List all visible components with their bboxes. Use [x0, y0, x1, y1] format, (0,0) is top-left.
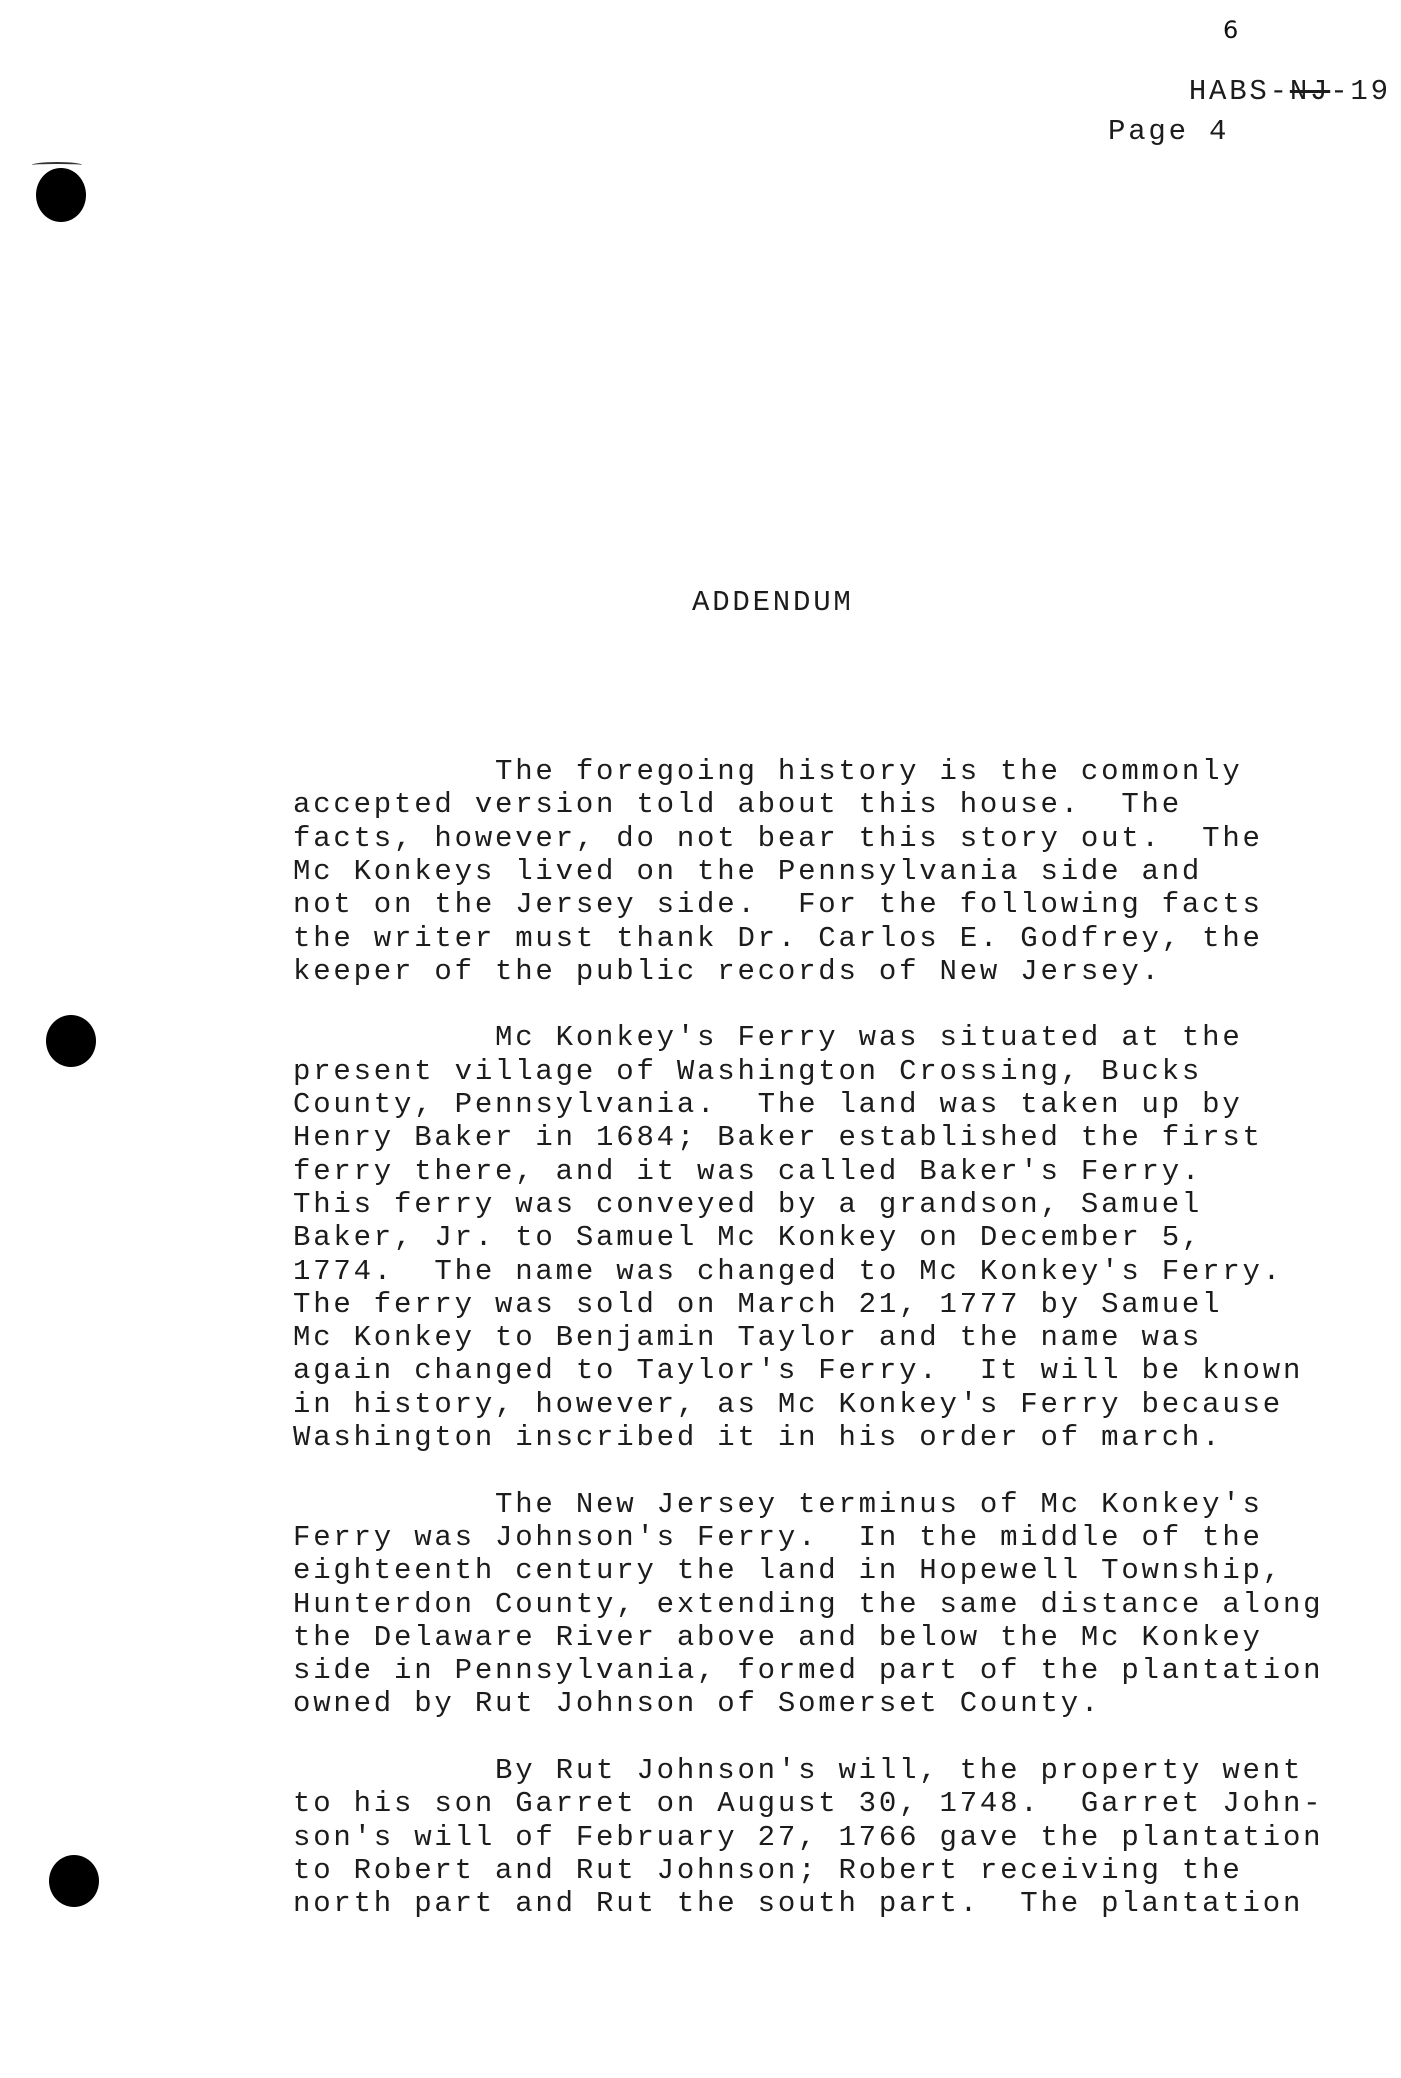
- punch-hole-middle: [46, 1015, 96, 1067]
- text-line: the writer must thank Dr. Carlos E. Godf…: [293, 924, 1263, 953]
- text-line: side in Pennsylvania, formed part of the…: [293, 1656, 1323, 1685]
- survey-suffix: -19: [1330, 75, 1391, 108]
- text-line: Hunterdon County, extending the same dis…: [293, 1590, 1323, 1619]
- text-line: son's will of February 27, 1766 gave the…: [293, 1823, 1323, 1852]
- text-line: Ferry was Johnson's Ferry. In the middle…: [293, 1523, 1263, 1552]
- text-line: to his son Garret on August 30, 1748. Ga…: [293, 1789, 1323, 1818]
- text-line: north part and Rut the south part. The p…: [293, 1889, 1303, 1918]
- text-line: the Delaware River above and below the M…: [293, 1623, 1263, 1652]
- text-line: County, Pennsylvania. The land was taken…: [293, 1090, 1243, 1119]
- text-line: present village of Washington Crossing, …: [293, 1057, 1202, 1086]
- text-line: Mc Konkeys lived on the Pennsylvania sid…: [293, 857, 1202, 886]
- text-line: accepted version told about this house. …: [293, 790, 1182, 819]
- text-line: to Robert and Rut Johnson; Robert receiv…: [293, 1856, 1243, 1885]
- text-line: 1774. The name was changed to Mc Konkey'…: [293, 1257, 1283, 1286]
- document-title: ADDENDUM: [692, 588, 854, 617]
- text-line: Mc Konkey's Ferry was situated at the: [293, 1023, 1243, 1052]
- survey-state-struck: NJ: [1290, 75, 1330, 108]
- text-line: The ferry was sold on March 21, 1777 by …: [293, 1290, 1222, 1319]
- text-line: Henry Baker in 1684; Baker established t…: [293, 1123, 1263, 1152]
- text-line: Mc Konkey to Benjamin Taylor and the nam…: [293, 1323, 1202, 1352]
- page-number: Page 4: [1108, 117, 1229, 146]
- text-line: again changed to Taylor's Ferry. It will…: [293, 1356, 1303, 1385]
- text-line: Baker, Jr. to Samuel Mc Konkey on Decemb…: [293, 1223, 1202, 1252]
- document-page: 6 HABS-NJ-19 Page 4 ADDENDUM The foregoi…: [0, 0, 1401, 2078]
- punch-hole-bottom: [49, 1855, 99, 1907]
- text-line: owned by Rut Johnson of Somerset County.: [293, 1689, 1101, 1718]
- text-line: This ferry was conveyed by a grandson, S…: [293, 1190, 1202, 1219]
- punch-hole-top: [36, 168, 86, 222]
- text-line: By Rut Johnson's will, the property went: [293, 1756, 1303, 1785]
- text-line: Washington inscribed it in his order of …: [293, 1423, 1222, 1452]
- text-line: The New Jersey terminus of Mc Konkey's: [293, 1490, 1263, 1519]
- text-line: in history, however, as Mc Konkey's Ferr…: [293, 1390, 1283, 1419]
- text-line: ferry there, and it was called Baker's F…: [293, 1157, 1202, 1186]
- text-line: The foregoing history is the commonly: [293, 757, 1243, 786]
- text-line: keeper of the public records of New Jers…: [293, 957, 1162, 986]
- text-line: facts, however, do not bear this story o…: [293, 824, 1263, 853]
- text-line: eighteenth century the land in Hopewell …: [293, 1556, 1283, 1585]
- handwritten-annotation: 6: [1223, 16, 1238, 44]
- survey-prefix: HABS-: [1189, 75, 1290, 108]
- text-line: not on the Jersey side. For the followin…: [293, 890, 1263, 919]
